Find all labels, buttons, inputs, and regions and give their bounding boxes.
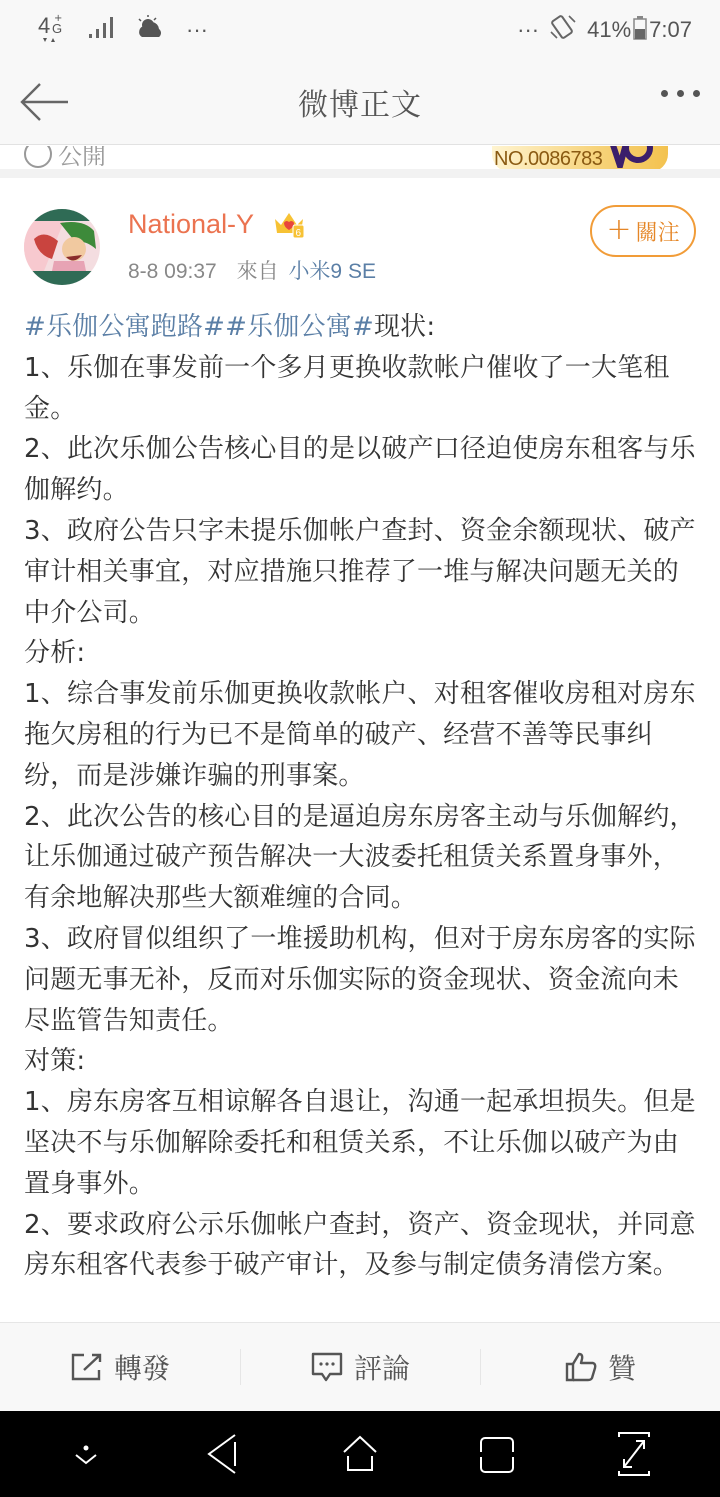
like-button[interactable]: 贊 [480,1323,720,1411]
hide-nav-button[interactable] [56,1424,116,1484]
plus-icon: + [606,215,631,245]
more-dot-icon [677,90,684,97]
weibo-post: National-Y 6 8-8 09:37 來自 小米9 SE + 關注 #乐… [0,187,720,1286]
author-name[interactable]: National-Y [128,209,254,240]
globe-icon [24,146,52,168]
back-nav-button[interactable] [193,1424,253,1484]
badge-logo-icon [606,146,654,168]
recents-nav-button[interactable] [467,1424,527,1484]
system-nav-bar [0,1411,720,1497]
thumbs-up-icon [564,1351,598,1383]
post-paragraph: 2、此次乐伽公告核心目的是以破产口径迫使房东租客与乐伽解约。 [24,429,696,511]
svg-text:6: 6 [296,228,302,239]
post-meta: 8-8 09:37 來自 小米9 SE [128,255,376,285]
clock: 7:07 [649,17,692,43]
repost-button[interactable]: 轉發 [0,1323,240,1411]
post-paragraph: 1、乐伽在事发前一个多月更换收款帐户催收了一大笔租金。 [24,348,696,430]
post-intro: #乐伽公寓跑路##乐伽公寓#现状: [24,307,696,348]
post-source[interactable]: 小米9 SE [288,260,376,283]
section-heading: 对策: [24,1041,696,1082]
comment-button[interactable]: 評論 [240,1323,480,1411]
expand-icon [616,1429,652,1479]
weather-cloud-icon [136,15,166,45]
home-icon [340,1434,380,1474]
svg-text:4: 4 [38,13,50,38]
back-button[interactable] [18,80,70,124]
back-arrow-icon [18,80,70,124]
post-paragraph: 2、要求政府公示乐伽帐户查封，资产、资金现状，并同意房东租客代表参于破产审计，及… [24,1205,696,1287]
network-4g-icon: 4 G + [38,11,68,49]
section-heading: 分析: [24,633,696,674]
more-dot-icon [661,90,668,97]
post-paragraph: 3、政府冒似组织了一堆援助机构，但对于房东房客的实际问题无事无补，反而对乐伽实际… [24,919,696,1041]
hide-chevron-icon [71,1439,101,1469]
hashtag-link[interactable]: #乐伽公寓跑路# [24,312,225,342]
hashtag-link[interactable]: #乐伽公寓# [225,312,374,342]
status-left: 4 G + ··· [38,11,208,49]
previous-item-strip: 公開 NO.0086783 [0,146,720,178]
post-body: #乐伽公寓跑路##乐伽公寓#现状: 1、乐伽在事发前一个多月更换收款帐户催收了一… [0,287,720,1286]
signal-icon [88,16,116,44]
status-bar: 4 G + ··· ··· [0,0,720,60]
back-triangle-icon [205,1432,241,1476]
status-more-left: ··· [186,17,208,43]
avatar-image [24,209,100,285]
post-paragraph: 2、此次公告的核心目的是逼迫房东房客主动与乐伽解约，让乐伽通过破产预告解决一大波… [24,797,696,919]
recents-icon [478,1434,516,1474]
action-bar: 轉發 評論 贊 [0,1322,720,1411]
fullscreen-nav-button[interactable] [604,1424,664,1484]
badge-number: NO.0086783 [494,146,602,171]
app-header: 微博正文 [0,60,720,145]
home-nav-button[interactable] [330,1424,390,1484]
battery-percent: 41% [587,17,631,43]
follow-button[interactable]: + 關注 [590,205,696,257]
repost-icon [70,1352,104,1382]
page-title: 微博正文 [298,80,422,124]
post-paragraph: 3、政府公告只字未提乐伽帐户查封、资金余额现状、破产审计相关事宜，对应措施只推荐… [24,511,696,633]
svg-text:+: + [54,13,62,24]
post-paragraph: 1、综合事发前乐伽更换收款帐户、对租客催收房租对房东拖欠房租的行为已不是简单的破… [24,674,696,796]
status-more-right: ··· [517,17,539,43]
auto-rotate-icon [549,14,577,46]
comment-icon [310,1351,344,1383]
post-paragraph: 1、房东房客互相谅解各自退让，沟通一起承坦损失。但是坚决不与乐伽解除委托和租赁关… [24,1082,696,1204]
fan-badge: NO.0086783 [492,146,668,172]
more-dot-icon [693,90,700,97]
avatar[interactable] [24,209,100,285]
status-right: ··· 41% 7:07 [517,14,692,46]
author-row: National-Y 6 8-8 09:37 來自 小米9 SE + 關注 [0,187,720,287]
vip-crown-icon: 6 [273,209,305,239]
from-label: 來自 [237,260,279,283]
more-options-button[interactable] [661,90,700,97]
visibility-label: 公開 [24,146,106,171]
battery-icon [633,16,647,44]
post-time: 8-8 09:37 [128,260,217,283]
